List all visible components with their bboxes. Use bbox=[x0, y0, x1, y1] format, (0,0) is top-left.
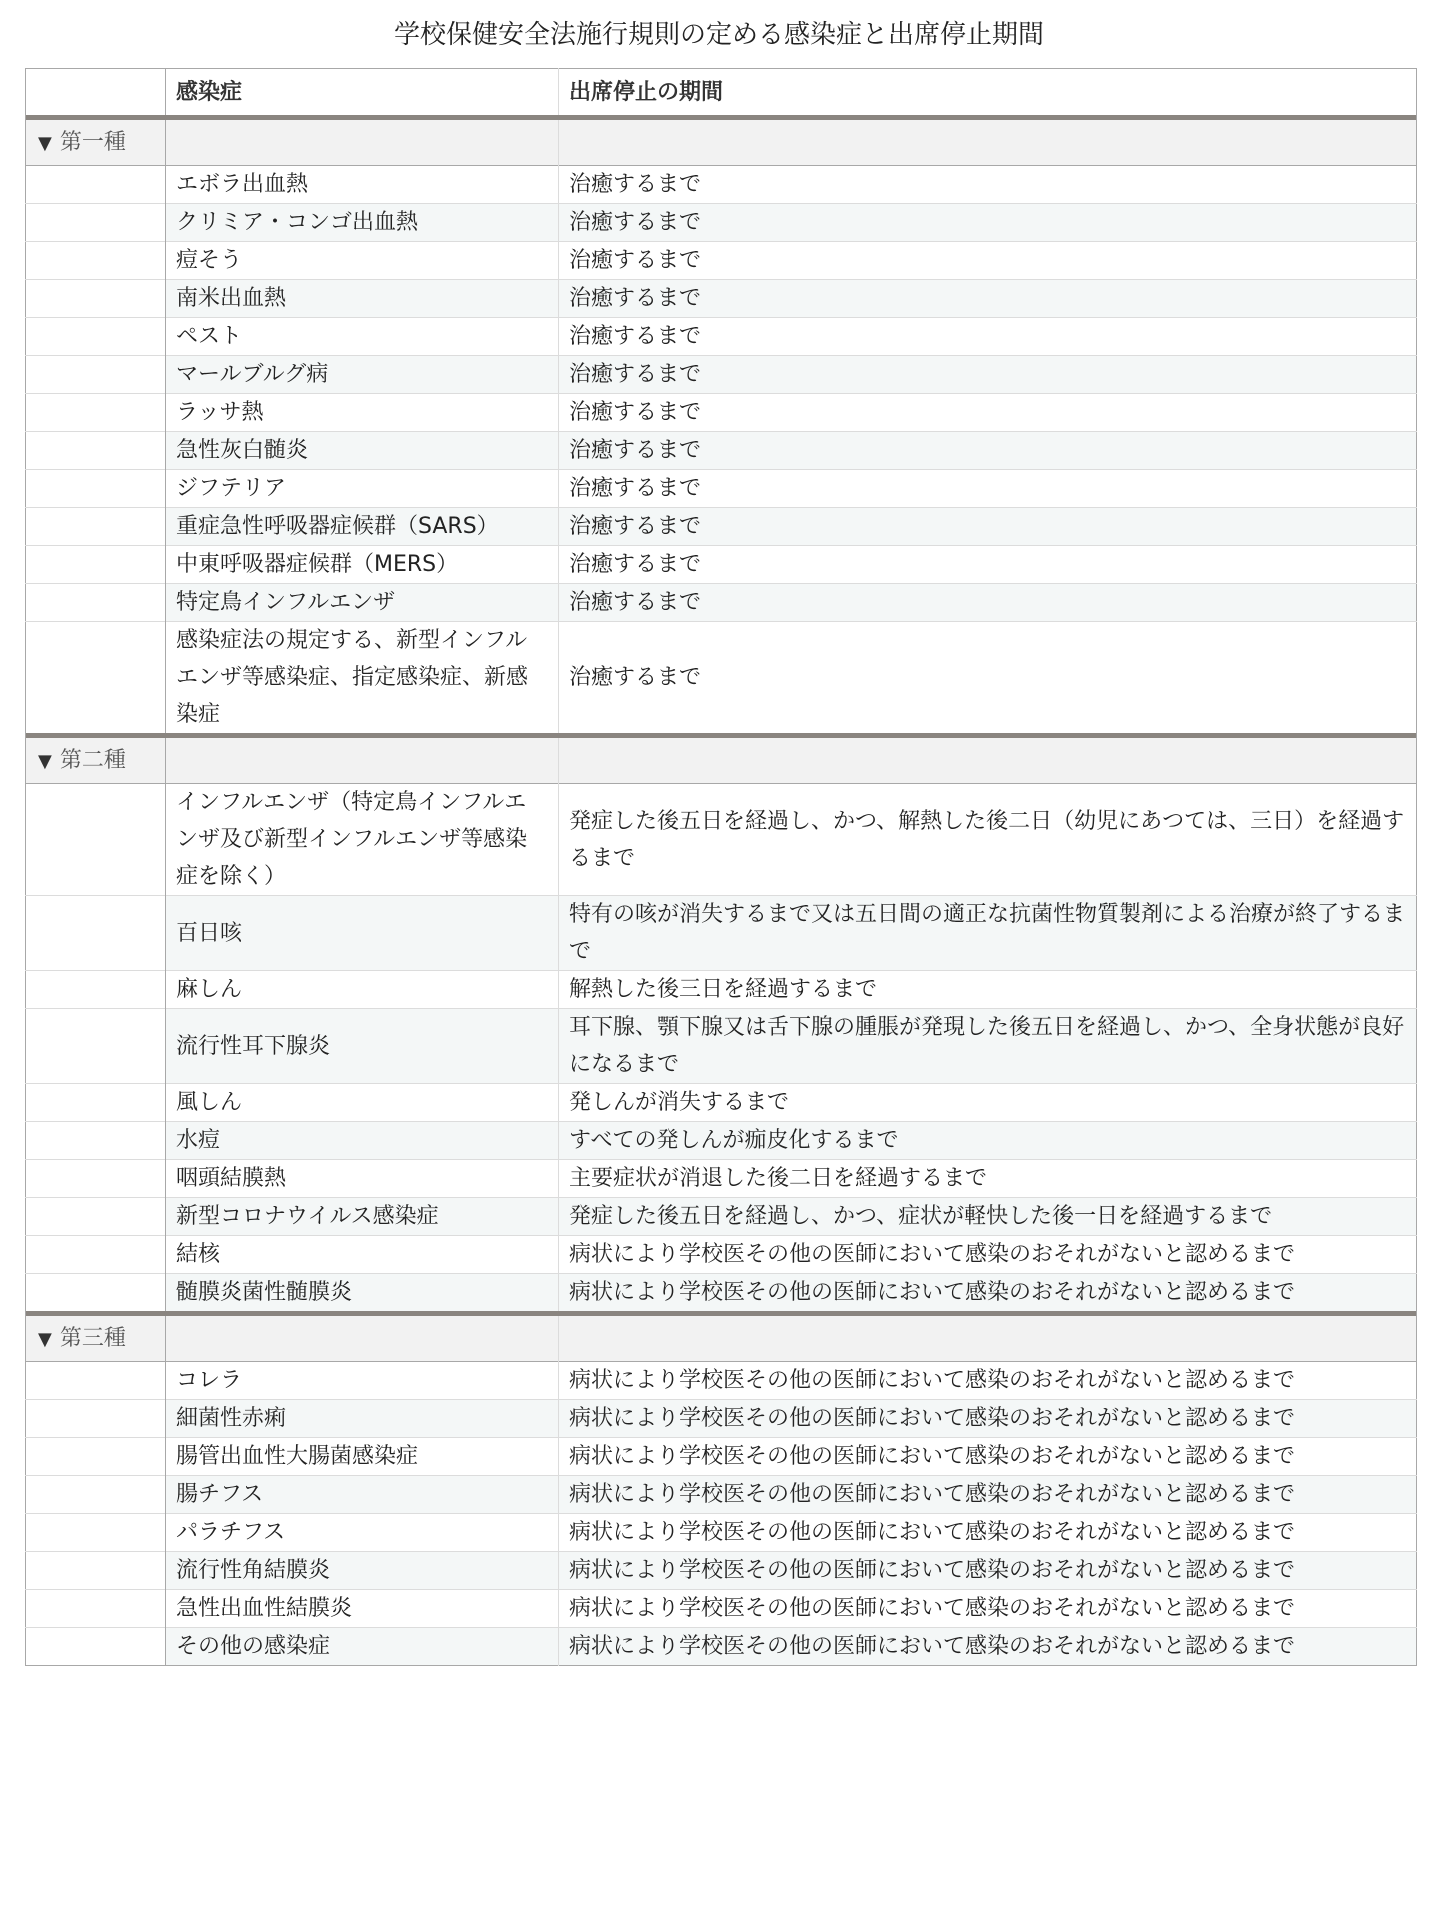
disease-cell: 重症急性呼吸器症候群（SARS） bbox=[166, 508, 559, 546]
disease-cell: エボラ出血熱 bbox=[166, 166, 559, 204]
period-cell: 病状により学校医その他の医師において感染のおそれがないと認めるまで bbox=[559, 1628, 1417, 1666]
period-cell: 病状により学校医その他の医師において感染のおそれがないと認めるまで bbox=[559, 1552, 1417, 1590]
disease-cell: コレラ bbox=[166, 1362, 559, 1400]
row-spacer-cell bbox=[26, 584, 166, 622]
table-row: ラッサ熱治癒するまで bbox=[26, 394, 1417, 432]
disease-cell: 腸管出血性大腸菌感染症 bbox=[166, 1438, 559, 1476]
disease-cell: パラチフス bbox=[166, 1514, 559, 1552]
disease-cell: 痘そう bbox=[166, 242, 559, 280]
disease-cell: マールブルグ病 bbox=[166, 356, 559, 394]
row-spacer-cell bbox=[26, 1198, 166, 1236]
group-empty-cell bbox=[166, 738, 559, 784]
table-row: 風しん発しんが消失するまで bbox=[26, 1084, 1417, 1122]
disease-cell: 中東呼吸器症候群（MERS） bbox=[166, 546, 559, 584]
triangle-down-icon[interactable]: ▼ bbox=[38, 751, 52, 772]
period-cell: 治癒するまで bbox=[559, 584, 1417, 622]
group-header-row[interactable]: ▼第一種 bbox=[26, 120, 1417, 166]
disease-cell: ペスト bbox=[166, 318, 559, 356]
group-label: 第一種 bbox=[60, 130, 126, 155]
period-cell: 耳下腺、顎下腺又は舌下腺の腫脹が発現した後五日を経過し、かつ、全身状態が良好にな… bbox=[559, 1009, 1417, 1084]
period-cell: 発しんが消失するまで bbox=[559, 1084, 1417, 1122]
row-spacer-cell bbox=[26, 432, 166, 470]
row-spacer-cell bbox=[26, 1274, 166, 1312]
table-row: インフルエンザ（特定鳥インフルエンザ及び新型インフルエンザ等感染症を除く）発症し… bbox=[26, 784, 1417, 896]
table-row: エボラ出血熱治癒するまで bbox=[26, 166, 1417, 204]
table-row: 髄膜炎菌性髄膜炎病状により学校医その他の医師において感染のおそれがないと認めるま… bbox=[26, 1274, 1417, 1312]
infectious-disease-table: 感染症 出席停止の期間 ▼第一種エボラ出血熱治癒するまでクリミア・コンゴ出血熱治… bbox=[25, 68, 1417, 1666]
period-cell: すべての発しんが痂皮化するまで bbox=[559, 1122, 1417, 1160]
disease-cell: 麻しん bbox=[166, 971, 559, 1009]
period-cell: 病状により学校医その他の医師において感染のおそれがないと認めるまで bbox=[559, 1438, 1417, 1476]
table-row: クリミア・コンゴ出血熱治癒するまで bbox=[26, 204, 1417, 242]
period-cell: 治癒するまで bbox=[559, 280, 1417, 318]
period-cell: 主要症状が消退した後二日を経過するまで bbox=[559, 1160, 1417, 1198]
table-row: パラチフス病状により学校医その他の医師において感染のおそれがないと認めるまで bbox=[26, 1514, 1417, 1552]
period-cell: 治癒するまで bbox=[559, 394, 1417, 432]
disease-cell: 急性出血性結膜炎 bbox=[166, 1590, 559, 1628]
row-spacer-cell bbox=[26, 204, 166, 242]
table-row: 水痘すべての発しんが痂皮化するまで bbox=[26, 1122, 1417, 1160]
row-spacer-cell bbox=[26, 1590, 166, 1628]
table-row: 流行性耳下腺炎耳下腺、顎下腺又は舌下腺の腫脹が発現した後五日を経過し、かつ、全身… bbox=[26, 1009, 1417, 1084]
group-label: 第三種 bbox=[60, 1326, 126, 1351]
period-cell: 病状により学校医その他の医師において感染のおそれがないと認めるまで bbox=[559, 1236, 1417, 1274]
period-cell: 病状により学校医その他の医師において感染のおそれがないと認めるまで bbox=[559, 1514, 1417, 1552]
period-cell: 特有の咳が消失するまで又は五日間の適正な抗菌性物質製剤による治療が終了するまで bbox=[559, 896, 1417, 971]
row-spacer-cell bbox=[26, 356, 166, 394]
period-cell: 発症した後五日を経過し、かつ、症状が軽快した後一日を経過するまで bbox=[559, 1198, 1417, 1236]
disease-cell: 特定鳥インフルエンザ bbox=[166, 584, 559, 622]
row-spacer-cell bbox=[26, 242, 166, 280]
period-cell: 治癒するまで bbox=[559, 470, 1417, 508]
table-row: 中東呼吸器症候群（MERS）治癒するまで bbox=[26, 546, 1417, 584]
row-spacer-cell bbox=[26, 1514, 166, 1552]
disease-cell: その他の感染症 bbox=[166, 1628, 559, 1666]
period-cell: 治癒するまで bbox=[559, 356, 1417, 394]
disease-cell: ジフテリア bbox=[166, 470, 559, 508]
disease-cell: 新型コロナウイルス感染症 bbox=[166, 1198, 559, 1236]
period-cell: 病状により学校医その他の医師において感染のおそれがないと認めるまで bbox=[559, 1400, 1417, 1438]
row-spacer-cell bbox=[26, 166, 166, 204]
disease-cell: クリミア・コンゴ出血熱 bbox=[166, 204, 559, 242]
table-row: その他の感染症病状により学校医その他の医師において感染のおそれがないと認めるまで bbox=[26, 1628, 1417, 1666]
table-row: 結核病状により学校医その他の医師において感染のおそれがないと認めるまで bbox=[26, 1236, 1417, 1274]
table-row: ペスト治癒するまで bbox=[26, 318, 1417, 356]
period-cell: 治癒するまで bbox=[559, 166, 1417, 204]
period-cell: 病状により学校医その他の医師において感染のおそれがないと認めるまで bbox=[559, 1476, 1417, 1514]
row-spacer-cell bbox=[26, 1552, 166, 1590]
disease-cell: 流行性耳下腺炎 bbox=[166, 1009, 559, 1084]
disease-cell: 細菌性赤痢 bbox=[166, 1400, 559, 1438]
table-body: ▼第一種エボラ出血熱治癒するまでクリミア・コンゴ出血熱治癒するまで痘そう治癒する… bbox=[26, 115, 1417, 1666]
period-cell: 病状により学校医その他の医師において感染のおそれがないと認めるまで bbox=[559, 1590, 1417, 1628]
group-empty-cell bbox=[559, 120, 1417, 166]
group-header-row[interactable]: ▼第三種 bbox=[26, 1316, 1417, 1362]
row-spacer-cell bbox=[26, 1362, 166, 1400]
period-cell: 治癒するまで bbox=[559, 432, 1417, 470]
table-row: 特定鳥インフルエンザ治癒するまで bbox=[26, 584, 1417, 622]
row-spacer-cell bbox=[26, 1476, 166, 1514]
period-cell: 治癒するまで bbox=[559, 546, 1417, 584]
disease-cell: 腸チフス bbox=[166, 1476, 559, 1514]
row-spacer-cell bbox=[26, 896, 166, 971]
disease-cell: ラッサ熱 bbox=[166, 394, 559, 432]
disease-cell: 髄膜炎菌性髄膜炎 bbox=[166, 1274, 559, 1312]
table-row: 細菌性赤痢病状により学校医その他の医師において感染のおそれがないと認めるまで bbox=[26, 1400, 1417, 1438]
period-cell: 治癒するまで bbox=[559, 622, 1417, 734]
table-row: 急性灰白髄炎治癒するまで bbox=[26, 432, 1417, 470]
group-empty-cell bbox=[559, 1316, 1417, 1362]
table-row: 咽頭結膜熱主要症状が消退した後二日を経過するまで bbox=[26, 1160, 1417, 1198]
row-spacer-cell bbox=[26, 394, 166, 432]
group-empty-cell bbox=[559, 738, 1417, 784]
row-spacer-cell bbox=[26, 622, 166, 734]
triangle-down-icon[interactable]: ▼ bbox=[38, 133, 52, 154]
disease-cell: 百日咳 bbox=[166, 896, 559, 971]
row-spacer-cell bbox=[26, 1084, 166, 1122]
row-spacer-cell bbox=[26, 546, 166, 584]
column-header-category bbox=[26, 69, 166, 116]
group-empty-cell bbox=[166, 1316, 559, 1362]
row-spacer-cell bbox=[26, 971, 166, 1009]
period-cell: 治癒するまで bbox=[559, 204, 1417, 242]
group-toggle[interactable]: ▼第三種 bbox=[26, 1316, 166, 1362]
row-spacer-cell bbox=[26, 470, 166, 508]
table-row: 百日咳特有の咳が消失するまで又は五日間の適正な抗菌性物質製剤による治療が終了する… bbox=[26, 896, 1417, 971]
period-cell: 治癒するまで bbox=[559, 242, 1417, 280]
table-row: 重症急性呼吸器症候群（SARS）治癒するまで bbox=[26, 508, 1417, 546]
disease-cell: 感染症法の規定する、新型インフルエンザ等感染症、指定感染症、新感染症 bbox=[166, 622, 559, 734]
disease-cell: 風しん bbox=[166, 1084, 559, 1122]
group-toggle[interactable]: ▼第二種 bbox=[26, 738, 166, 784]
disease-cell: 南米出血熱 bbox=[166, 280, 559, 318]
row-spacer-cell bbox=[26, 318, 166, 356]
table-row: 新型コロナウイルス感染症発症した後五日を経過し、かつ、症状が軽快した後一日を経過… bbox=[26, 1198, 1417, 1236]
disease-cell: 水痘 bbox=[166, 1122, 559, 1160]
period-cell: 治癒するまで bbox=[559, 508, 1417, 546]
row-spacer-cell bbox=[26, 1400, 166, 1438]
table-row: マールブルグ病治癒するまで bbox=[26, 356, 1417, 394]
table-row: 流行性角結膜炎病状により学校医その他の医師において感染のおそれがないと認めるまで bbox=[26, 1552, 1417, 1590]
table-row: 麻しん解熱した後三日を経過するまで bbox=[26, 971, 1417, 1009]
column-header-period: 出席停止の期間 bbox=[559, 69, 1417, 116]
row-spacer-cell bbox=[26, 1628, 166, 1666]
group-toggle[interactable]: ▼第一種 bbox=[26, 120, 166, 166]
row-spacer-cell bbox=[26, 1009, 166, 1084]
table-row: 南米出血熱治癒するまで bbox=[26, 280, 1417, 318]
period-cell: 病状により学校医その他の医師において感染のおそれがないと認めるまで bbox=[559, 1362, 1417, 1400]
row-spacer-cell bbox=[26, 1236, 166, 1274]
triangle-down-icon[interactable]: ▼ bbox=[38, 1329, 52, 1350]
table-header-row: 感染症 出席停止の期間 bbox=[26, 69, 1417, 116]
period-cell: 発症した後五日を経過し、かつ、解熱した後二日（幼児にあつては、三日）を経過するま… bbox=[559, 784, 1417, 896]
disease-cell: 咽頭結膜熱 bbox=[166, 1160, 559, 1198]
disease-cell: 急性灰白髄炎 bbox=[166, 432, 559, 470]
table-row: 急性出血性結膜炎病状により学校医その他の医師において感染のおそれがないと認めるま… bbox=[26, 1590, 1417, 1628]
group-empty-cell bbox=[166, 120, 559, 166]
row-spacer-cell bbox=[26, 1438, 166, 1476]
page-title: 学校保健安全法施行規則の定める感染症と出席停止期間 bbox=[0, 14, 1438, 51]
period-cell: 解熱した後三日を経過するまで bbox=[559, 971, 1417, 1009]
disease-cell: 流行性角結膜炎 bbox=[166, 1552, 559, 1590]
row-spacer-cell bbox=[26, 508, 166, 546]
column-header-disease: 感染症 bbox=[166, 69, 559, 116]
row-spacer-cell bbox=[26, 784, 166, 896]
period-cell: 病状により学校医その他の医師において感染のおそれがないと認めるまで bbox=[559, 1274, 1417, 1312]
row-spacer-cell bbox=[26, 280, 166, 318]
period-cell: 治癒するまで bbox=[559, 318, 1417, 356]
group-label: 第二種 bbox=[60, 748, 126, 773]
row-spacer-cell bbox=[26, 1122, 166, 1160]
row-spacer-cell bbox=[26, 1160, 166, 1198]
disease-cell: インフルエンザ（特定鳥インフルエンザ及び新型インフルエンザ等感染症を除く） bbox=[166, 784, 559, 896]
table-row: 感染症法の規定する、新型インフルエンザ等感染症、指定感染症、新感染症治癒するまで bbox=[26, 622, 1417, 734]
disease-cell: 結核 bbox=[166, 1236, 559, 1274]
table-row: 痘そう治癒するまで bbox=[26, 242, 1417, 280]
table-row: 腸チフス病状により学校医その他の医師において感染のおそれがないと認めるまで bbox=[26, 1476, 1417, 1514]
table-row: コレラ病状により学校医その他の医師において感染のおそれがないと認めるまで bbox=[26, 1362, 1417, 1400]
group-header-row[interactable]: ▼第二種 bbox=[26, 738, 1417, 784]
table-row: ジフテリア治癒するまで bbox=[26, 470, 1417, 508]
table-row: 腸管出血性大腸菌感染症病状により学校医その他の医師において感染のおそれがないと認… bbox=[26, 1438, 1417, 1476]
